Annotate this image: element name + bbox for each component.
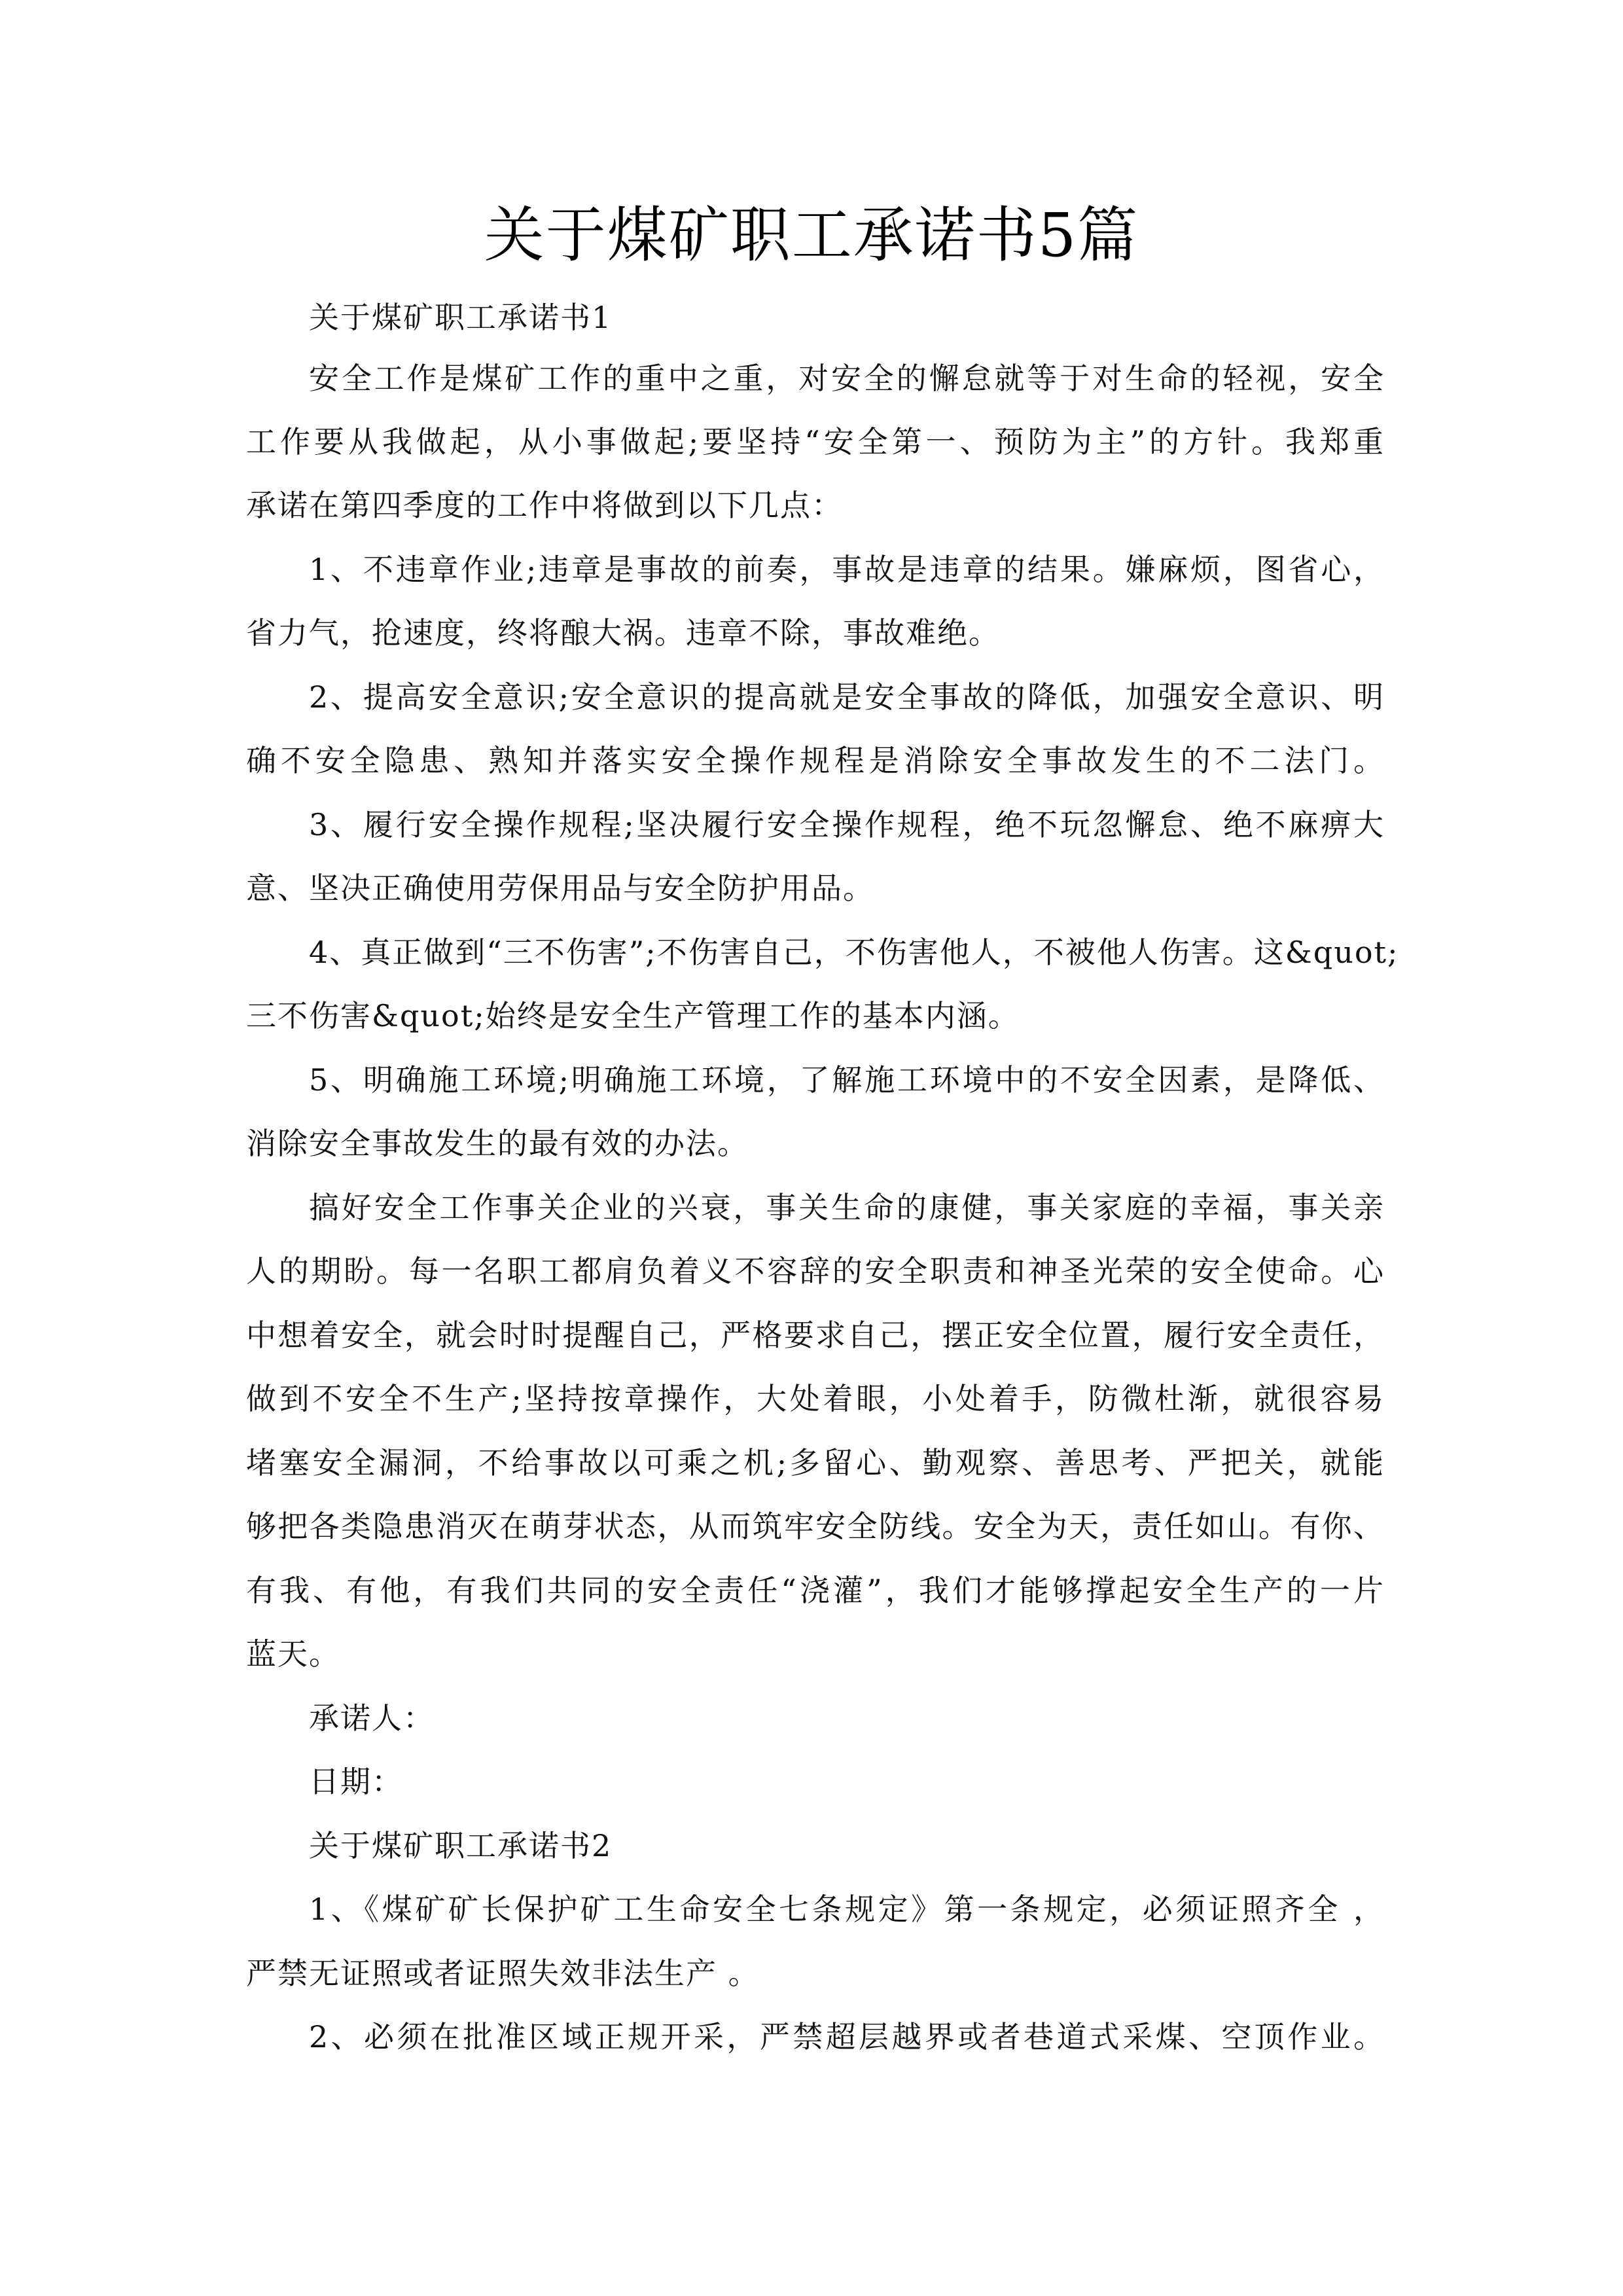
paragraph-line: 2、提高安全意识;安全意识的提高就是安全事故的降低，加强安全意识、明 — [309, 677, 1385, 717]
paragraph-line: 5、明确施工环境;明确施工环境，了解施工环境中的不安全因素，是降低、 — [309, 1060, 1385, 1100]
paragraph-line: 有我、有他，有我们共同的安全责任“浇灌”，我们才能够撑起安全生产的一片 — [246, 1571, 1385, 1610]
paragraph-line: 承诺在第四季度的工作中将做到以下几点： — [246, 486, 1385, 525]
paragraph-line: 搞好安全工作事关企业的兴衰，事关生命的康健，事关家庭的幸福，事关亲 — [309, 1188, 1385, 1227]
signature-label: 承诺人： — [309, 1698, 1385, 1738]
paragraph-line: 做到不安全不生产;坚持按章操作，大处着眼，小处着手，防微杜渐，就很容易 — [246, 1379, 1385, 1418]
paragraph-line: 省力气，抢速度，终将酿大祸。违章不除，事故难绝。 — [246, 613, 1385, 653]
paragraph-line: 4、真正做到“三不伤害”;不伤害自己，不伤害他人，不被他人伤害。这&quot; — [309, 933, 1385, 972]
paragraph-line: 人的期盼。每一名职工都肩负着义不容辞的安全职责和神圣光荣的安全使命。心 — [246, 1251, 1385, 1291]
paragraph-line: 1、《煤矿矿长保护矿工生命安全七条规定》第一条规定，必须证照齐全 ， — [309, 1890, 1385, 1929]
paragraph-line: 严禁无证照或者证照失效非法生产 。 — [246, 1954, 1385, 1993]
paragraph-line: 3、履行安全操作规程;坚决履行安全操作规程，绝不玩忽懈怠、绝不麻痹大 — [309, 805, 1385, 844]
paragraph-line: 消除安全事故发生的最有效的办法。 — [246, 1124, 1385, 1163]
date-label: 日期： — [309, 1762, 1385, 1801]
paragraph-line: 1、不违章作业;违章是事故的前奏，事故是违章的结果。嫌麻烦，图省心， — [309, 550, 1385, 589]
paragraph-line: 2、必须在批准区域正规开采，严禁超层越界或者巷道式采煤、空顶作业。 — [309, 2017, 1385, 2056]
section-heading: 关于煤矿职工承诺书1 — [309, 298, 1385, 337]
section-heading: 关于煤矿职工承诺书2 — [309, 1826, 1385, 1865]
paragraph-line: 工作要从我做起，从小事做起;要坚持“安全第一、预防为主”的方针。我郑重 — [246, 422, 1385, 461]
paragraph-line: 堵塞安全漏洞，不给事故以可乘之机;多留心、勤观察、善思考、严把关，就能 — [246, 1443, 1385, 1482]
document-title: 关于煤矿职工承诺书5篇 — [0, 196, 1623, 275]
paragraph-line: 蓝天。 — [246, 1634, 1385, 1674]
paragraph-line: 中想着安全，就会时时提醒自己，严格要求自己，摆正安全位置，履行安全责任， — [246, 1316, 1385, 1355]
paragraph-line: 三不伤害&quot;始终是安全生产管理工作的基本内涵。 — [246, 996, 1385, 1035]
paragraph-line: 安全工作是煤矿工作的重中之重，对安全的懈怠就等于对生命的轻视，安全 — [309, 359, 1385, 398]
paragraph-line: 意、坚决正确使用劳保用品与安全防护用品。 — [246, 869, 1385, 908]
document-page: 关于煤矿职工承诺书5篇 关于煤矿职工承诺书1 安全工作是煤矿工作的重中之重，对安… — [0, 0, 1623, 2296]
paragraph-line: 够把各类隐患消灭在萌芽状态，从而筑牢安全防线。安全为天，责任如山。有你、 — [246, 1507, 1385, 1546]
paragraph-line: 确不安全隐患、熟知并落实安全操作规程是消除安全事故发生的不二法门。 — [246, 741, 1385, 780]
